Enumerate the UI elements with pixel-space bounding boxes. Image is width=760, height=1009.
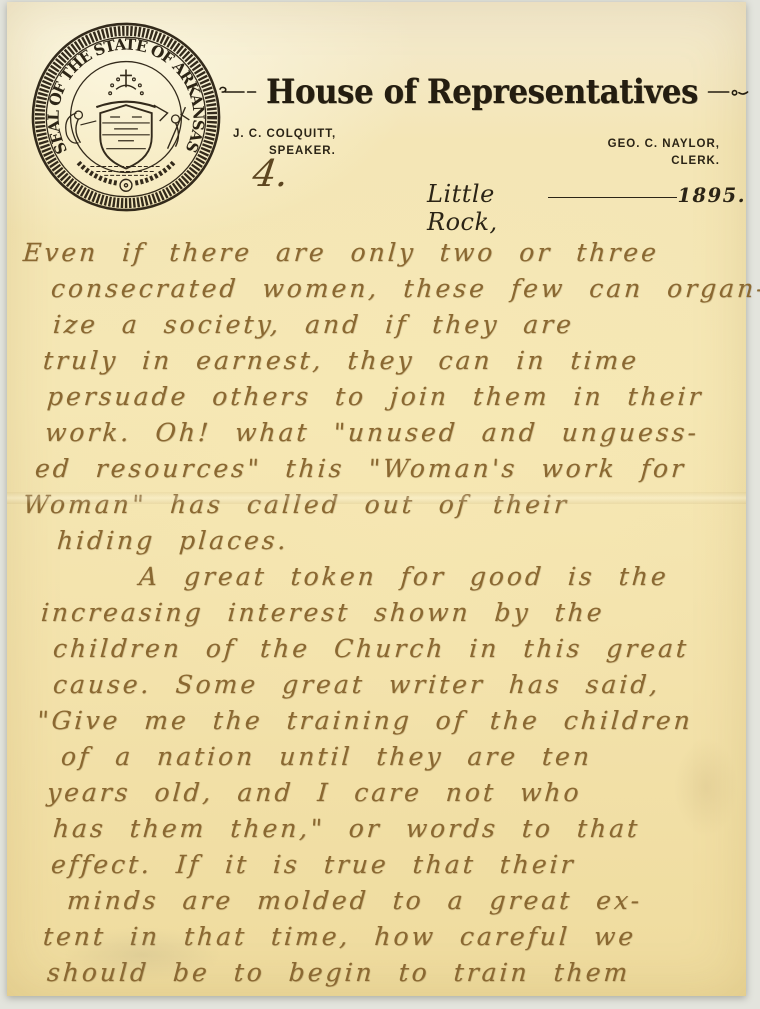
clerk-name: GEO. C. NAYLOR, [608, 136, 720, 153]
paper-stain [674, 737, 738, 837]
handwritten-line: truly in earnest, they can in time [42, 343, 744, 379]
handwritten-body: Even if there are only two or three cons… [17, 235, 742, 991]
clerk-block: GEO. C. NAYLOR, CLERK. [608, 136, 720, 169]
handwritten-line: of a nation until they are ten [60, 739, 744, 775]
handwritten-line: Woman" has called out of their [22, 487, 744, 523]
flourish-left-icon [215, 85, 257, 99]
handwritten-line: ed resources" this "Woman's work for [34, 451, 744, 487]
handwritten-line: minds are molded to a great ex- [66, 883, 744, 919]
handwritten-line: cause. Some great writer has said, [52, 667, 744, 703]
handwritten-line: children of the Church in this great [52, 631, 744, 667]
handwritten-line: hiding places. [56, 523, 744, 559]
handwritten-line: persuade others to join them in their [46, 379, 744, 415]
dateline-place: Little Rock, [427, 180, 548, 236]
dateline: Little Rock, 1895. [427, 180, 746, 236]
clerk-title: CLERK. [608, 153, 720, 170]
handwritten-line: effect. If it is true that their [50, 847, 744, 883]
handwritten-page-number: 4. [250, 152, 291, 195]
house-of-representatives-title: House of Representatives [266, 73, 698, 112]
speaker-name: J. C. COLQUITT, [233, 126, 336, 143]
flourish-right-icon [707, 85, 749, 99]
arkansas-state-seal-icon: SEAL OF THE STATE OF ARKANSAS [27, 18, 225, 216]
dateline-year: 1895. [677, 184, 746, 207]
scanned-letter: SEAL OF THE STATE OF ARKANSAS [0, 0, 760, 1009]
masthead-row: House of Representatives [215, 74, 749, 110]
paper-stain [62, 927, 222, 982]
letter-paper: SEAL OF THE STATE OF ARKANSAS [7, 2, 746, 996]
handwritten-line: increasing interest shown by the [40, 595, 744, 631]
handwritten-line: Even if there are only two or three [22, 235, 744, 271]
handwritten-line: ize a society, and if they are [52, 307, 744, 343]
handwritten-line: work. Oh! what "unused and unguess- [44, 415, 744, 451]
handwritten-line: consecrated women, these few can organ- [50, 271, 744, 307]
handwritten-line: years old, and I care not who [46, 775, 744, 811]
handwritten-line: has them then," or words to that [52, 811, 744, 847]
dateline-blank-rule [548, 197, 677, 198]
handwritten-line: A great token for good is the [138, 559, 744, 595]
handwritten-line: "Give me the training of the children [36, 703, 744, 739]
